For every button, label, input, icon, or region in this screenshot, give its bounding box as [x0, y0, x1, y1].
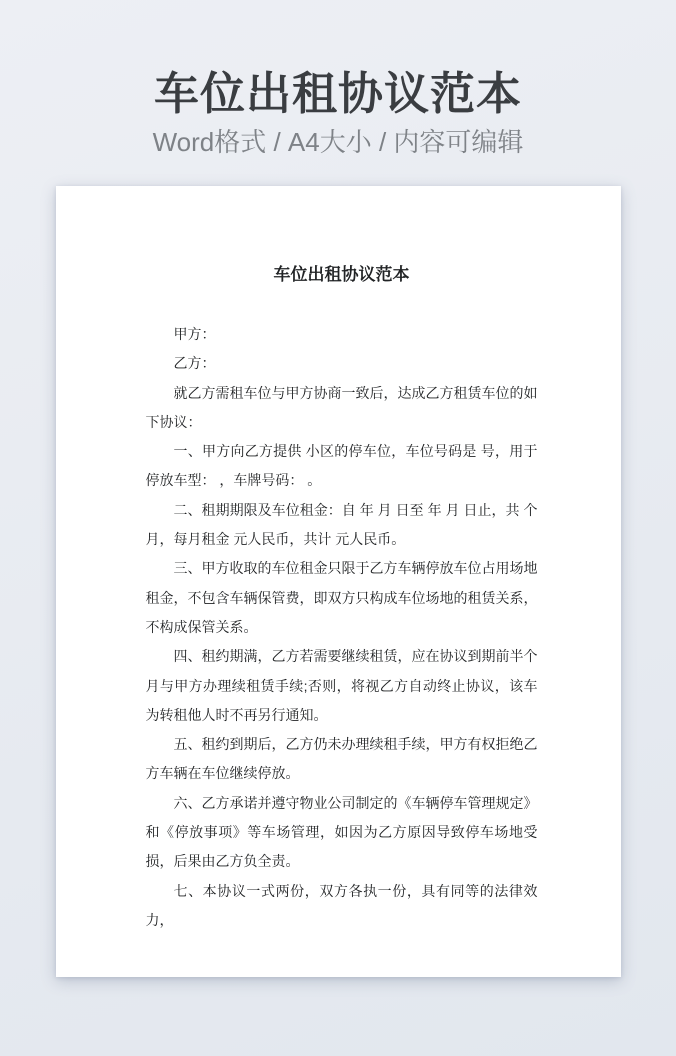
paragraph-clause-2: 二、租期期限及车位租金：自 年 月 日至 年 月 日止，共 个月，每月租金 元人… — [146, 496, 538, 555]
paragraph-clause-7: 七、本协议一式两份，双方各执一份，具有同等的法律效力， — [146, 877, 538, 936]
paragraph-clause-5: 五、租约到期后，乙方仍未办理续租手续，甲方有权拒绝乙方车辆在车位继续停放。 — [146, 730, 538, 789]
paragraph-clause-4: 四、租约期满，乙方若需要继续租赁，应在协议到期前半个月与甲方办理续租赁手续;否则… — [146, 642, 538, 730]
paragraph-party-b: 乙方： — [146, 349, 538, 378]
paragraph-clause-3: 三、甲方收取的车位租金只限于乙方车辆停放车位占用场地租金，不包含车辆保管费，即双… — [146, 554, 538, 642]
poster-header: 车位出租协议范本 Word格式 / A4大小 / 内容可编辑 — [0, 0, 676, 157]
document-body: 甲方： 乙方： 就乙方需租车位与甲方协商一致后，达成乙方租赁车位的如下协议： 一… — [146, 320, 538, 935]
document-page: 车位出租协议范本 甲方： 乙方： 就乙方需租车位与甲方协商一致后，达成乙方租赁车… — [56, 186, 621, 977]
paragraph-clause-6: 六、乙方承诺并遵守物业公司制定的《车辆停车管理规定》和《停放事项》等车场管理，如… — [146, 789, 538, 877]
template-preview: 车位出租协议范本 Word格式 / A4大小 / 内容可编辑 车位出租协议范本 … — [0, 0, 676, 1056]
paragraph-preamble: 就乙方需租车位与甲方协商一致后，达成乙方租赁车位的如下协议： — [146, 379, 538, 438]
poster-title: 车位出租协议范本 — [0, 70, 676, 117]
document-title: 车位出租协议范本 — [146, 266, 538, 283]
paragraph-party-a: 甲方： — [146, 320, 538, 349]
paragraph-clause-1: 一、甲方向乙方提供 小区的停车位，车位号码是 号，用于停放车型： ，车牌号码： … — [146, 437, 538, 496]
poster-subtitle: Word格式 / A4大小 / 内容可编辑 — [0, 127, 676, 157]
